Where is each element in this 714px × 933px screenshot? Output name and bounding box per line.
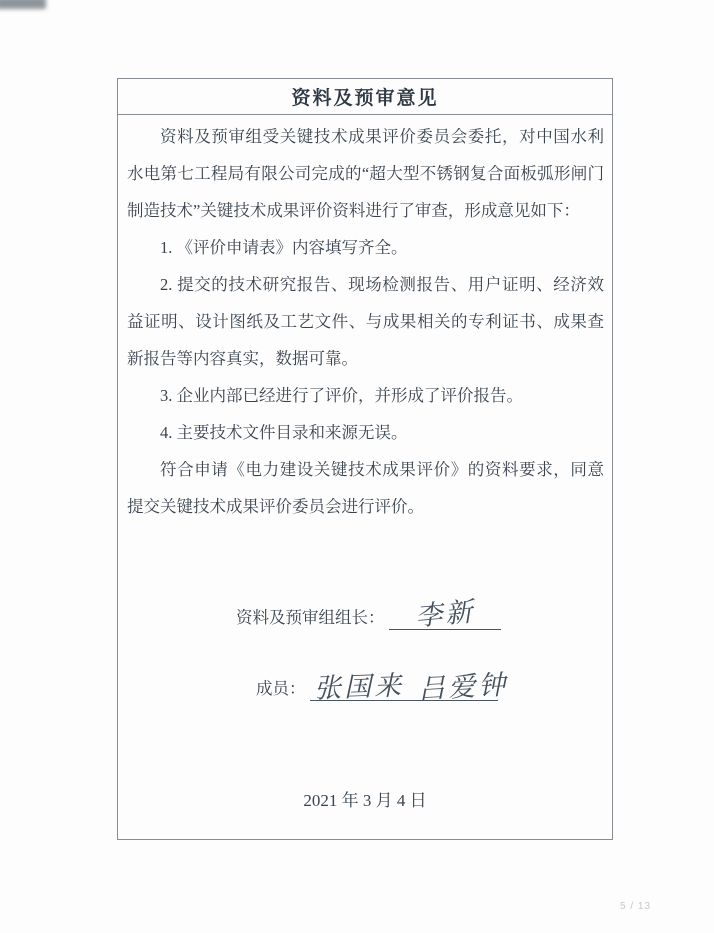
members-signature-row: 成员：张国来吕爱钟 xyxy=(256,676,498,701)
scanned-document-page: 资料及预审意见 资料及预审组受关键技术成果评价委员会委托，对中国水利水电第七工程… xyxy=(0,0,714,933)
paragraph-conclusion: 符合申请《电力建设关键技术成果评价》的资料要求，同意提交关键技术成果评价委员会进… xyxy=(127,451,604,525)
leader-signature-row: 资料及预审组组长：李新 xyxy=(236,605,501,630)
leader-signature-label: 资料及预审组组长： xyxy=(236,608,385,627)
scan-smudge-artifact xyxy=(0,0,46,9)
form-body: 资料及预审组受关键技术成果评价委员会委托，对中国水利水电第七工程局有限公司完成的… xyxy=(127,118,604,525)
paragraph-item-2: 2. 提交的技术研究报告、现场检测报告、用户证明、经济效益证明、设计图纸及工艺文… xyxy=(127,266,604,377)
leader-signature-handwriting: 李新 xyxy=(413,589,476,633)
member-signature-1-handwriting: 张国来 xyxy=(313,663,404,705)
form-date: 2021 年 3 月 4 日 xyxy=(118,786,612,811)
paragraph-item-1: 1. 《评价申请表》内容填写齐全。 xyxy=(127,229,604,266)
members-signature-line: 张国来吕爱钟 xyxy=(310,676,498,701)
page-number: 5 / 13 xyxy=(620,901,651,912)
review-opinion-form: 资料及预审意见 资料及预审组受关键技术成果评价委员会委托，对中国水利水电第七工程… xyxy=(117,78,613,840)
paragraph-intro: 资料及预审组受关键技术成果评价委员会委托，对中国水利水电第七工程局有限公司完成的… xyxy=(127,118,604,229)
paragraph-item-4: 4. 主要技术文件目录和来源无误。 xyxy=(127,414,604,451)
paragraph-item-3: 3. 企业内部已经进行了评价，并形成了评价报告。 xyxy=(127,377,604,414)
member-signature-2-handwriting: 吕爱钟 xyxy=(417,663,509,707)
members-signature-label: 成员： xyxy=(256,679,306,698)
leader-signature-line: 李新 xyxy=(389,605,501,630)
form-title: 资料及预审意见 xyxy=(291,83,438,110)
form-title-row: 资料及预审意见 xyxy=(118,79,612,115)
